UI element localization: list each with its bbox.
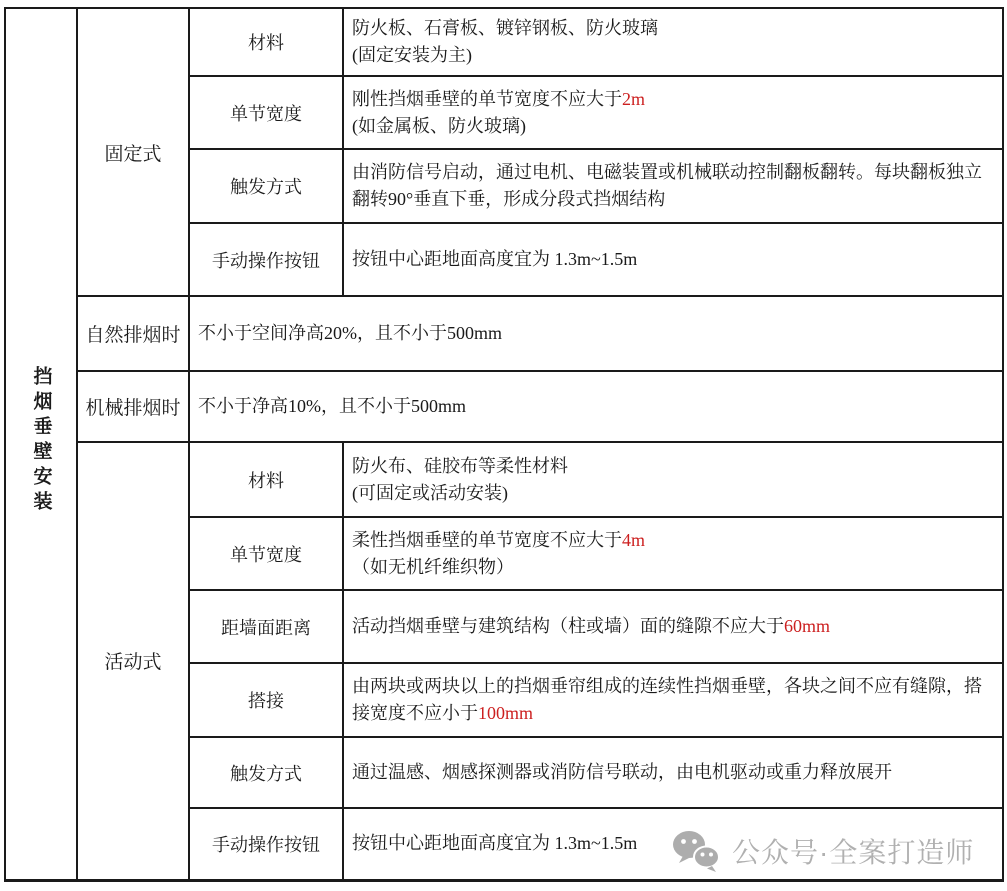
item-label-cell: 材料 — [189, 8, 343, 76]
spec-text-line1: 按钮中心距地面高度宜为 1.3m~1.5m — [352, 246, 992, 273]
item-label-cell: 单节宽度 — [189, 76, 343, 149]
spec-text-line1: 不小于净高10%，且不小于500mm — [198, 393, 992, 420]
highlight-value: 2m — [622, 89, 645, 109]
spec-value-cell: 刚性挡烟垂壁的单节宽度不应大于2m (如金属板、防火玻璃) — [343, 76, 1003, 149]
item-label: 单节宽度 — [230, 104, 302, 124]
group-label: 自然排烟时 — [85, 325, 180, 346]
spec-text-line1: 不小于空间净高20%，且不小于500mm — [198, 320, 992, 347]
spec-text-line2: (如金属板、防火玻璃) — [352, 113, 992, 140]
item-label: 触发方式 — [230, 177, 302, 197]
group-label: 机械排烟时 — [85, 398, 180, 419]
spec-text-line1: 由两块或两块以上的挡烟垂帘组成的连续性挡烟垂壁，各块之间不应有缝隙，搭接宽度不应… — [352, 673, 992, 727]
spec-value-cell: 按钮中心距地面高度宜为 1.3m~1.5m — [343, 808, 1003, 880]
spec-value-cell: 柔性挡烟垂壁的单节宽度不应大于4m （如无机纤维织物） — [343, 517, 1003, 590]
item-label-cell: 距墙面距离 — [189, 590, 343, 663]
item-label: 搭接 — [248, 691, 284, 711]
item-label: 材料 — [248, 33, 284, 53]
page: 挡烟垂壁安装 固定式 材料 防火板、石膏板、镀锌钢板、防火玻璃 (固定安装为主)… — [0, 0, 1007, 891]
spec-value-cell: 由两块或两块以上的挡烟垂帘组成的连续性挡烟垂壁，各块之间不应有缝隙，搭接宽度不应… — [343, 663, 1003, 737]
highlight-value: 100mm — [478, 703, 533, 723]
spec-value-cell-merged: 不小于净高10%，且不小于500mm — [189, 371, 1003, 442]
category-title: 挡烟垂壁安装 — [32, 366, 51, 516]
item-label-cell: 搭接 — [189, 663, 343, 737]
item-label-cell: 触发方式 — [189, 149, 343, 223]
highlight-value: 4m — [622, 530, 645, 550]
group-cell-movable-type: 活动式 — [77, 442, 189, 880]
spec-text-line1: 由消防信号启动，通过电机、电磁装置或机械联动控制翻板翻转。每块翻板独立翻转90°… — [352, 159, 992, 213]
item-label: 距墙面距离 — [221, 618, 311, 638]
spec-value-cell: 防火布、硅胶布等柔性材料 (可固定或活动安装) — [343, 442, 1003, 517]
spec-value-cell-merged: 不小于空间净高20%，且不小于500mm — [189, 296, 1003, 371]
item-label-cell: 触发方式 — [189, 737, 343, 808]
group-cell-natural-smoke: 自然排烟时 — [77, 296, 189, 371]
item-label-cell: 手动操作按钮 — [189, 223, 343, 296]
item-label-cell: 单节宽度 — [189, 517, 343, 590]
group-label: 固定式 — [104, 144, 161, 165]
spec-table: 挡烟垂壁安装 固定式 材料 防火板、石膏板、镀锌钢板、防火玻璃 (固定安装为主)… — [4, 7, 1004, 882]
spec-text-line2: （如无机纤维织物） — [352, 554, 992, 581]
spec-value-cell: 通过温感、烟感探测器或消防信号联动，由电机驱动或重力释放展开 — [343, 737, 1003, 808]
category-cell: 挡烟垂壁安装 — [5, 8, 77, 880]
spec-text-line1: 按钮中心距地面高度宜为 1.3m~1.5m — [352, 830, 992, 857]
spec-text-line1: 刚性挡烟垂壁的单节宽度不应大于2m — [352, 86, 992, 113]
item-label: 手动操作按钮 — [212, 251, 320, 271]
group-cell-fixed-type: 固定式 — [77, 8, 189, 296]
spec-text-line1: 防火布、硅胶布等柔性材料 — [352, 453, 992, 480]
spec-value-cell: 活动挡烟垂壁与建筑结构（柱或墙）面的缝隙不应大于60mm — [343, 590, 1003, 663]
spec-text-line2: (可固定或活动安装) — [352, 480, 992, 507]
spec-text-line2: (固定安装为主) — [352, 42, 992, 69]
spec-text-line1: 活动挡烟垂壁与建筑结构（柱或墙）面的缝隙不应大于60mm — [352, 613, 992, 640]
spec-value-cell: 由消防信号启动，通过电机、电磁装置或机械联动控制翻板翻转。每块翻板独立翻转90°… — [343, 149, 1003, 223]
spec-text-line1: 通过温感、烟感探测器或消防信号联动，由电机驱动或重力释放展开 — [352, 759, 992, 786]
highlight-value: 60mm — [784, 616, 830, 636]
spec-text-line1: 防火板、石膏板、镀锌钢板、防火玻璃 — [352, 15, 992, 42]
item-label: 单节宽度 — [230, 545, 302, 565]
group-label: 活动式 — [104, 652, 161, 673]
item-label: 材料 — [248, 471, 284, 491]
spec-value-cell: 防火板、石膏板、镀锌钢板、防火玻璃 (固定安装为主) — [343, 8, 1003, 76]
group-cell-mechanical-smoke: 机械排烟时 — [77, 371, 189, 442]
item-label: 触发方式 — [230, 764, 302, 784]
item-label: 手动操作按钮 — [212, 835, 320, 855]
item-label-cell: 材料 — [189, 442, 343, 517]
spec-value-cell: 按钮中心距地面高度宜为 1.3m~1.5m — [343, 223, 1003, 296]
spec-text-line1: 柔性挡烟垂壁的单节宽度不应大于4m — [352, 527, 992, 554]
item-label-cell: 手动操作按钮 — [189, 808, 343, 880]
